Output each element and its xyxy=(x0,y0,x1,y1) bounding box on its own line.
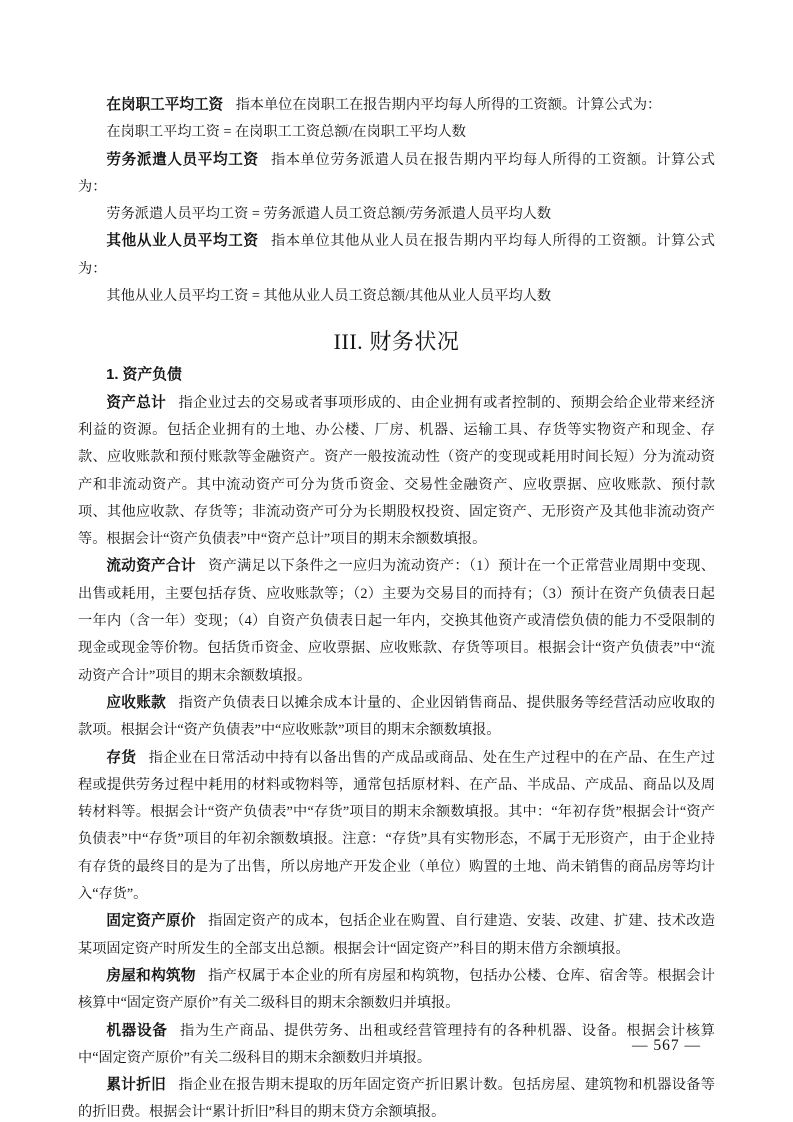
section-heading: III.财务状况 xyxy=(78,325,715,356)
term-label: 在岗职工平均工资 xyxy=(106,97,223,113)
term-label: 累计折旧 xyxy=(106,1077,166,1093)
section-heading-title: 财务状况 xyxy=(369,329,459,354)
definition-text: 指企业过去的交易或者事项形成的、由企业拥有或者控制的、预期会给企业带来经济利益的… xyxy=(78,395,715,547)
term-label: 资产总计 xyxy=(106,395,166,411)
definition-paragraph: 流动资产合计资产满足以下条件之一应归为流动资产：（1）预计在一个正常营业周期中变… xyxy=(78,553,715,689)
wage-formula-line: 劳务派遣人员平均工资 = 劳务派遣人员工资总额/劳务派遣人员平均人数 xyxy=(78,201,715,228)
term-label: 劳务派遣人员平均工资 xyxy=(106,152,258,168)
definition-paragraph: 固定资产原价指固定资产的成本，包括企业在购置、自行建造、安装、改建、扩建、技术改… xyxy=(78,908,715,963)
definition-text: 指企业在报告期末提取的历年固定资产折旧累计数。包括房屋、建筑物和机器设备等的折旧… xyxy=(78,1077,715,1120)
term-definition-text: 指本单位在岗职工在报告期内平均每人所得的工资额。计算公式为： xyxy=(236,97,662,113)
term-label: 应收账款 xyxy=(106,695,166,711)
wage-term-line: 劳务派遣人员平均工资指本单位劳务派遣人员在报告期内平均每人所得的工资额。计算公式… xyxy=(78,147,715,202)
term-label: 固定资产原价 xyxy=(106,913,195,929)
definition-paragraph: 资产总计指企业过去的交易或者事项形成的、由企业拥有或者控制的、预期会给企业带来经… xyxy=(78,390,715,554)
subsection-title: 1. 资产负债 xyxy=(78,362,715,389)
section-heading-numeral: III. xyxy=(334,329,363,354)
definition-text: 指企业在日常活动中持有以备出售的产成品或商品、处在生产过程中的在产品、在生产过程… xyxy=(78,750,715,902)
page-number: — 567 — xyxy=(632,1037,701,1055)
definition-paragraph: 应收账款指资产负债表日以摊余成本计量的、企业因销售商品、提供服务等经营活动应收取… xyxy=(78,690,715,745)
definition-paragraph: 累计折旧指企业在报告期末提取的历年固定资产折旧累计数。包括房屋、建筑物和机器设备… xyxy=(78,1072,715,1122)
asset-definitions-section: 资产总计指企业过去的交易或者事项形成的、由企业拥有或者控制的、预期会给企业带来经… xyxy=(78,390,715,1122)
wage-formula-line: 其他从业人员平均工资 = 其他从业人员工资总额/其他从业人员平均人数 xyxy=(78,283,715,310)
definition-text: 资产满足以下条件之一应归为流动资产：（1）预计在一个正常营业周期中变现、出售或耗… xyxy=(78,558,715,683)
wage-formula-line: 在岗职工平均工资 = 在岗职工工资总额/在岗职工平均人数 xyxy=(78,119,715,146)
wage-term-line: 其他从业人员平均工资指本单位其他从业人员在报告期内平均每人所得的工资额。计算公式… xyxy=(78,228,715,283)
term-label: 流动资产合计 xyxy=(106,558,195,574)
term-label: 存货 xyxy=(106,750,136,766)
document-page: 在岗职工平均工资指本单位在岗职工在报告期内平均每人所得的工资额。计算公式为： 在… xyxy=(0,0,793,1122)
term-label: 房屋和构筑物 xyxy=(106,968,195,984)
term-label: 其他从业人员平均工资 xyxy=(106,233,258,249)
term-label: 机器设备 xyxy=(106,1023,167,1039)
definition-paragraph: 房屋和构筑物指产权属于本企业的所有房屋和构筑物，包括办公楼、仓库、宿舍等。根据会… xyxy=(78,963,715,1018)
definition-paragraph: 存货指企业在日常活动中持有以备出售的产成品或商品、处在生产过程中的在产品、在生产… xyxy=(78,745,715,909)
definition-paragraph: 机器设备指为生产商品、提供劳务、出租或经营管理持有的各种机器、设备。根据会计核算… xyxy=(78,1018,715,1073)
definition-text: 指资产负债表日以摊余成本计量的、企业因销售商品、提供服务等经营活动应收取的款项。… xyxy=(78,695,715,738)
definition-text: 指为生产商品、提供劳务、出租或经营管理持有的各种机器、设备。根据会计核算中“固定… xyxy=(78,1023,715,1066)
wage-definitions-section: 在岗职工平均工资指本单位在岗职工在报告期内平均每人所得的工资额。计算公式为： 在… xyxy=(78,92,715,310)
wage-term-line: 在岗职工平均工资指本单位在岗职工在报告期内平均每人所得的工资额。计算公式为： xyxy=(78,92,715,119)
